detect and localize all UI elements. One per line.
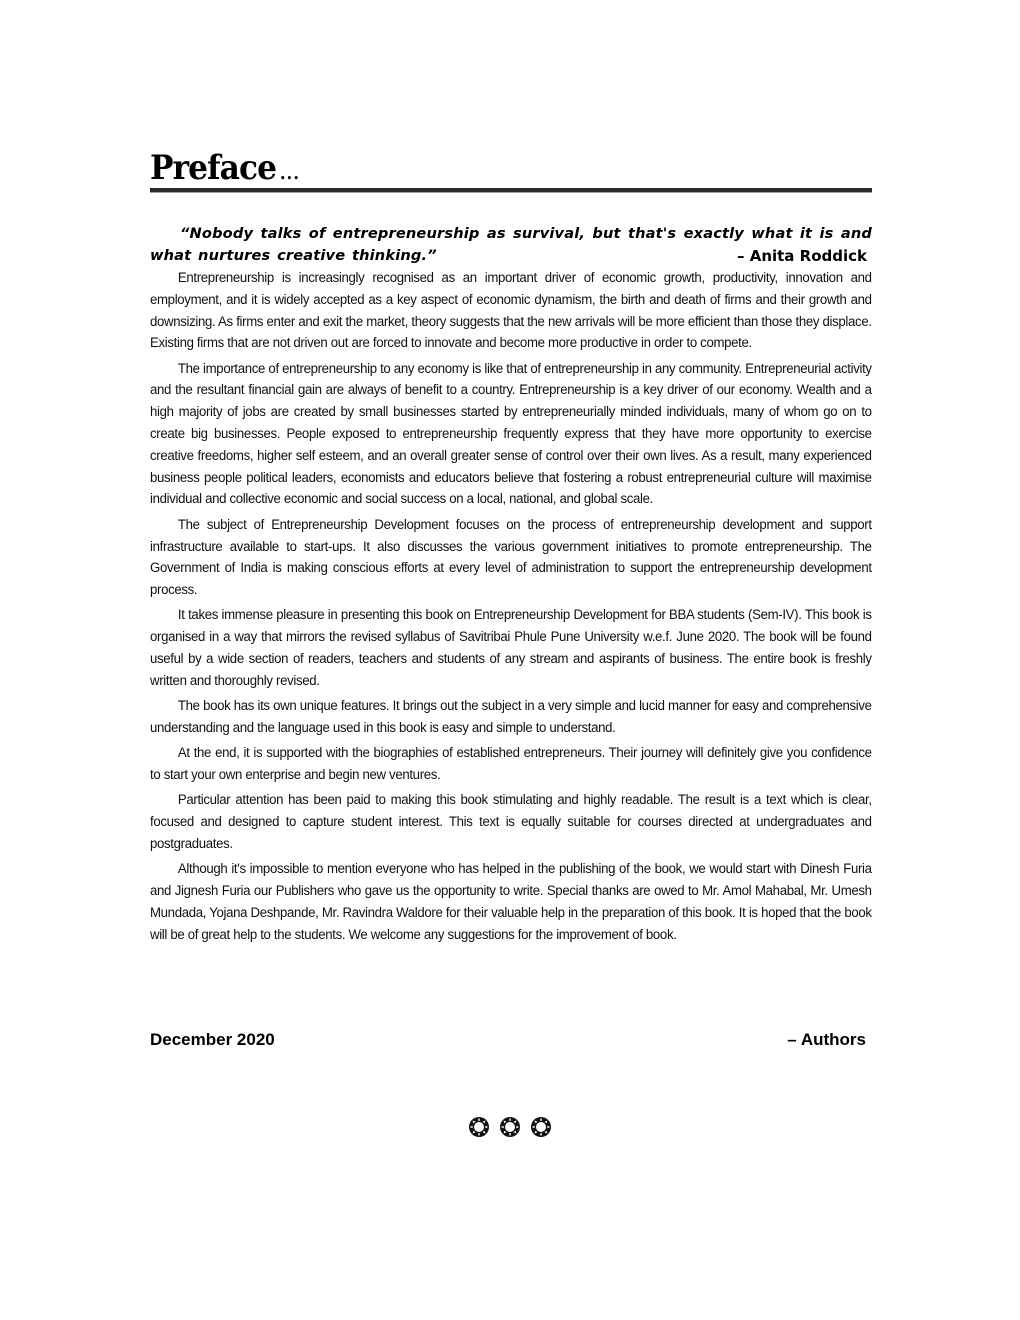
- signoff: December 2020 – Authors: [150, 1029, 866, 1051]
- paragraph: The subject of Entrepreneurship Developm…: [150, 515, 872, 602]
- title-ellipsis: ...: [280, 163, 300, 184]
- page-title: Preface...: [150, 148, 814, 188]
- signoff-authors: – Authors: [787, 1029, 866, 1051]
- preface-page: Preface... “Nobody talks of entrepreneur…: [150, 148, 872, 950]
- paragraph: At the end, it is supported with the bio…: [150, 743, 872, 787]
- end-ornaments: [468, 1116, 552, 1138]
- quote-attribution: – Anita Roddick: [737, 245, 867, 267]
- paragraph: The importance of entrepreneurship to an…: [150, 359, 872, 512]
- paragraph: Although it's impossible to mention ever…: [150, 859, 872, 946]
- paragraph: Particular attention has been paid to ma…: [150, 790, 872, 855]
- title-text: Preface: [150, 148, 276, 188]
- paragraph: The book has its own unique features. It…: [150, 696, 872, 740]
- signoff-date: December 2020: [150, 1029, 275, 1051]
- paragraph: Entrepreneurship is increasingly recogni…: [150, 268, 872, 355]
- title-divider: [150, 188, 872, 193]
- flower-ornament-icon: [499, 1116, 521, 1138]
- paragraph: It takes immense pleasure in presenting …: [150, 605, 872, 692]
- preface-body: Entrepreneurship is increasingly recogni…: [150, 268, 872, 946]
- epigraph-quote: “Nobody talks of entrepreneurship as sur…: [150, 223, 872, 267]
- flower-ornament-icon: [530, 1116, 552, 1138]
- flower-ornament-icon: [468, 1116, 490, 1138]
